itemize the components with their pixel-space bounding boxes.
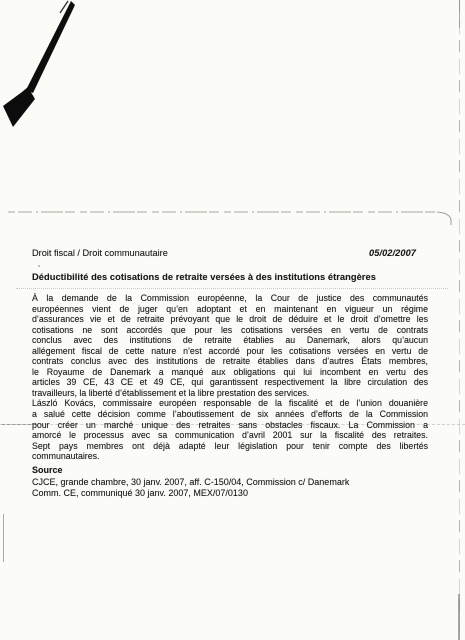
source-entries: CJCE, grande chambre, 30 janv. 2007, aff… <box>32 477 432 500</box>
body-line: allégement fiscal de cette nature n’est … <box>32 346 428 357</box>
source-entry: CJCE, grande chambre, 30 janv. 2007, aff… <box>32 477 432 489</box>
body-line: travailleurs, la liberté d’établissement… <box>32 388 428 399</box>
body-line: le Royaume de Danemark a manqué aux obli… <box>32 367 428 378</box>
body-line: À la demande de la Commission européenne… <box>32 293 428 304</box>
body-line: communautaires. <box>32 451 428 462</box>
document-header: Droit fiscal / Droit communautaire 05/02… <box>32 248 428 258</box>
body-line: Sept pays membres ont déjà adapté leur l… <box>32 441 428 452</box>
document-content: Droit fiscal / Droit communautaire 05/02… <box>0 0 465 640</box>
body-line: européennes vient de juger qu’en adoptan… <box>32 304 428 315</box>
body-line: amorcé le processus avec sa communicatio… <box>32 430 428 441</box>
scanned-document-page: Droit fiscal / Droit communautaire 05/02… <box>0 0 465 640</box>
source-entry: Comm. CE, communiqué 30 janv. 2007, MEX/… <box>32 488 432 500</box>
section-label: Droit fiscal / Droit communautaire <box>32 248 168 258</box>
source-heading: Source <box>32 465 432 477</box>
body-line: contrats conclus avec des institutions d… <box>32 356 428 367</box>
body-line: articles 39 CE, 43 CE et 49 CE, qui gara… <box>32 377 428 388</box>
body-line: László Kovács, commissaire européen resp… <box>32 398 428 409</box>
issue-date: 05/02/2007 <box>369 248 428 258</box>
body-line: pour créer un marché unique des retraite… <box>32 420 428 431</box>
article-title: Déductibilité des cotisations de retrait… <box>32 272 434 282</box>
body-line: cotisations ne sont accordés que pour le… <box>32 325 428 336</box>
body-line: conclus avec des institutions de retrait… <box>32 335 428 346</box>
body-line: d’assurances vie et de retraite prévoyan… <box>32 314 428 325</box>
body-line: a salué cette décision comme l’aboutisse… <box>32 409 428 420</box>
article-body: À la demande de la Commission européenne… <box>32 293 428 462</box>
source-section: Source CJCE, grande chambre, 30 janv. 20… <box>32 465 432 500</box>
